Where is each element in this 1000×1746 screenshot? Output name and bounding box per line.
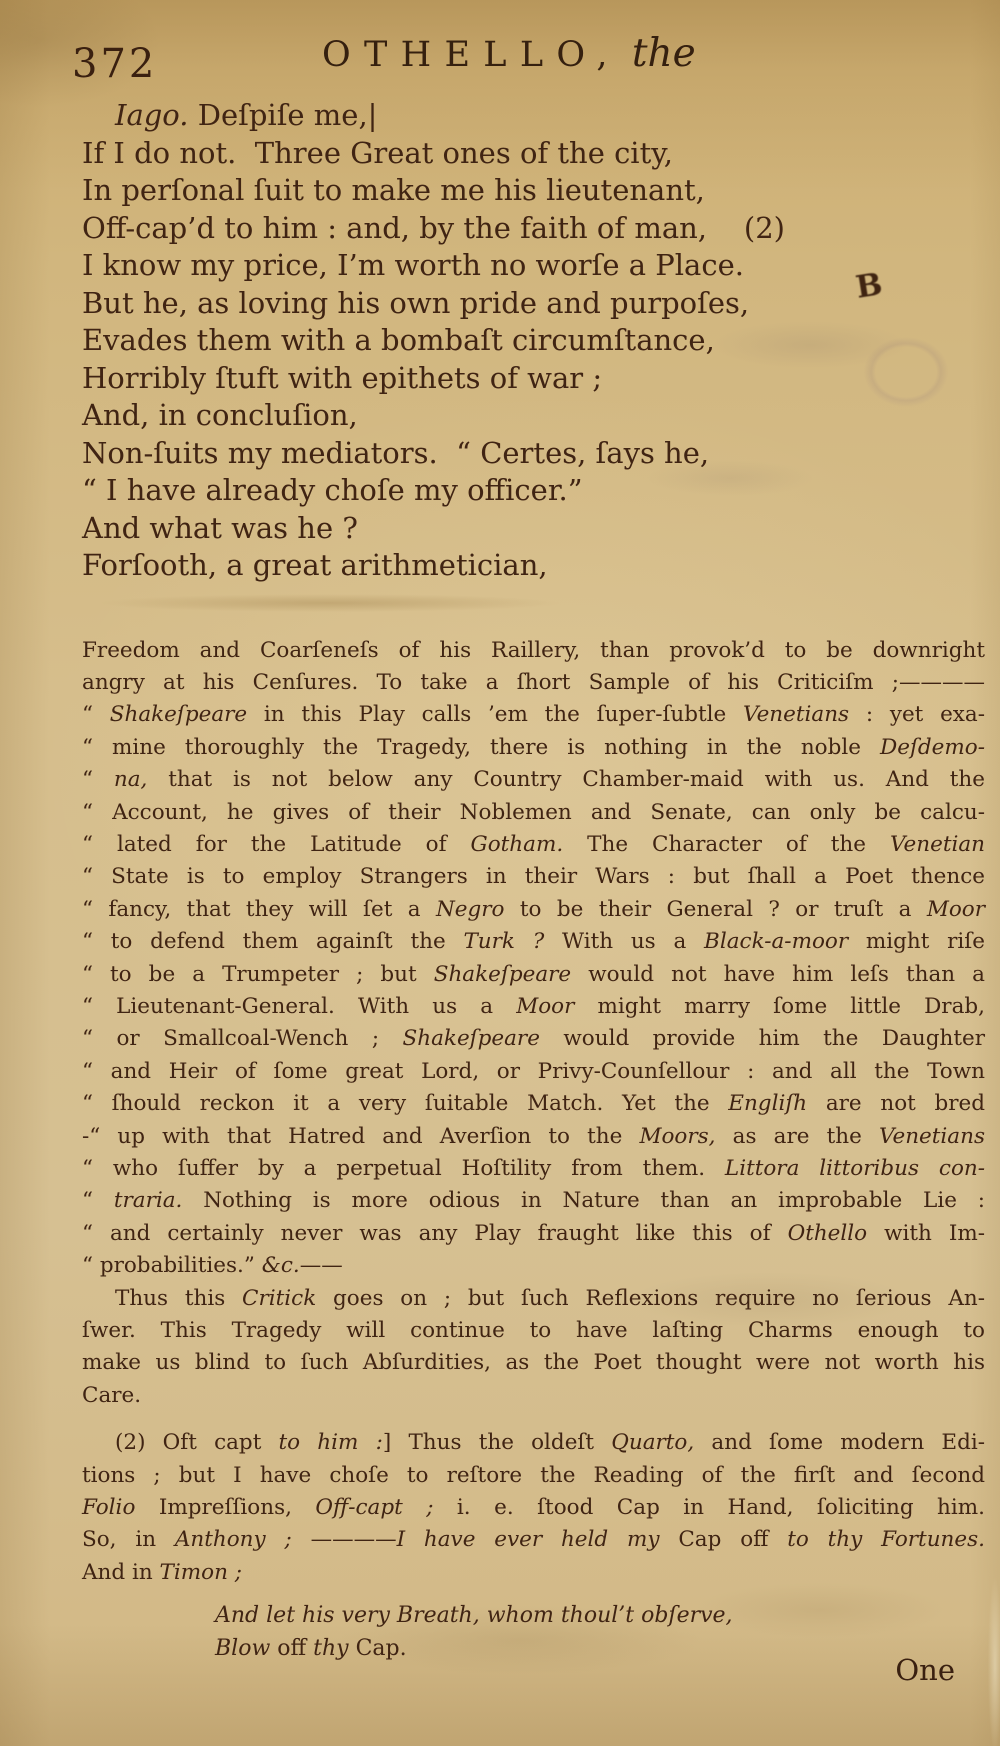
text-line: “ mine thoroughly the Tragedy, there is …: [82, 732, 985, 764]
text-line: “ to be a Trumpeter ; but Shakeſpeare wo…: [82, 959, 985, 991]
text-line: And what was he ?: [82, 510, 985, 548]
text-line: Folio Impreſſions, Off-capt ; i. e. ſtoo…: [82, 1492, 985, 1524]
text-segment: “ to defend them againſt the: [82, 929, 463, 954]
text-line: ſwer. This Tragedy will continue to have…: [82, 1315, 985, 1347]
text-segment: “: [82, 767, 114, 792]
text-segment: Nothing is more odious in Nature than an…: [182, 1188, 985, 1213]
italic-text-segment: Othello: [788, 1221, 868, 1246]
italic-text-segment: Littora littoribus con-: [725, 1156, 985, 1181]
text-segment: are not bred: [807, 1091, 985, 1116]
text-segment: “ and Heir of ſome great Lord, or Privy-…: [82, 1059, 985, 1084]
text-segment: ————: [292, 1527, 397, 1552]
italic-text-segment: Gotham.: [471, 832, 564, 857]
text-segment: And what was he ?: [82, 511, 358, 545]
italic-text-segment: Iago.: [115, 98, 188, 132]
text-line: “ Lieutenant-General. With us a Moor mig…: [82, 991, 985, 1023]
text-line: Care.: [82, 1380, 985, 1412]
text-line: “ or Smallcoal-Wench ; Shakeſpeare would…: [82, 1023, 985, 1055]
page-number: 372: [72, 41, 157, 87]
text-line: I know my price, I’m worth no worſe a Pl…: [82, 247, 985, 285]
text-segment: tions ; but I have choſe to reſtore the …: [82, 1463, 985, 1488]
italic-text-segment: na,: [114, 767, 148, 792]
italic-text-segment: Venetians: [743, 702, 849, 727]
text-segment: would provide him the Daughter: [540, 1026, 985, 1051]
text-segment: “ Lieutenant-General. With us a: [82, 994, 516, 1019]
text-segment: “ fancy, that they will ſet a: [82, 897, 436, 922]
text-segment: would not have him leſs than a: [571, 962, 985, 987]
text-segment: Evades them with a bombaſt circumſtance,: [82, 323, 715, 357]
text-line: And, in concluſion,: [82, 397, 985, 435]
text-segment: with Im-: [867, 1221, 985, 1246]
text-line: Off-cap’d to him : and, by the faith of …: [82, 210, 985, 248]
text-line: tions ; but I have choſe to reſtore the …: [82, 1460, 985, 1492]
text-segment: might riſe: [848, 929, 985, 954]
text-segment: “ or Smallcoal-Wench ;: [82, 1026, 403, 1051]
commentary-note: Freedom and Coarſeneſs of his Raillery, …: [82, 635, 985, 1413]
italic-text-segment: Blow: [215, 1636, 270, 1661]
text-segment: Impreſſions,: [135, 1495, 315, 1520]
text-segment: Care.: [82, 1383, 141, 1408]
text-segment: “ to be a Trumpeter ; but: [82, 962, 434, 987]
italic-text-segment: Moors,: [639, 1124, 715, 1149]
italic-text-segment: Turk ?: [463, 929, 544, 954]
running-title-italic: the: [632, 31, 696, 76]
italic-text-segment: Off-capt ;: [315, 1495, 433, 1520]
italic-text-segment: I have ever held my: [397, 1527, 660, 1552]
text-line: And in Timon ;: [82, 1557, 985, 1589]
text-line: “ traria. Nothing is more odious in Natu…: [82, 1185, 985, 1217]
text-segment: I know my price, I’m worth no worſe a Pl…: [82, 248, 744, 282]
text-line: So, in Anthony ; ————I have ever held my…: [82, 1524, 985, 1556]
running-title-caps: OTHELLO,: [322, 35, 621, 75]
press-figure-ink-blot: B: [853, 266, 885, 306]
italic-text-segment: Anthony ;: [175, 1527, 292, 1552]
italic-text-segment: Black-a-moor: [704, 929, 848, 954]
text-segment: With us a: [544, 929, 704, 954]
text-segment: Freedom and Coarſeneſs of his Raillery, …: [82, 638, 985, 663]
text-segment: If I do not. Three Great ones of the cit…: [82, 136, 673, 170]
text-segment: “: [82, 702, 110, 727]
italic-text-segment: And let his very Breath, whom thoul’t ob…: [215, 1603, 733, 1628]
text-segment: Non-ſuits my mediators. “ Certes, ſays h…: [82, 436, 709, 470]
text-line: Evades them with a bombaſt circumſtance,: [82, 322, 985, 360]
text-segment: Deſpiſe me,|: [188, 98, 377, 132]
italic-text-segment: &c.: [262, 1253, 300, 1278]
text-line: But he, as loving his own pride and purp…: [82, 285, 985, 323]
text-line: make us blind to ſuch Abſurdities, as th…: [82, 1347, 985, 1379]
text-line: “ probabilities.” &c.——: [82, 1250, 985, 1282]
text-segment: The Character of the: [563, 832, 890, 857]
italic-text-segment: Negro: [436, 897, 505, 922]
text-line: “ to defend them againſt the Turk ? With…: [82, 926, 985, 958]
text-segment: ſwer. This Tragedy will continue to have…: [82, 1318, 985, 1343]
text-line: Freedom and Coarſeneſs of his Raillery, …: [82, 635, 985, 667]
text-segment: : yet exa-: [849, 702, 985, 727]
italic-text-segment: Quarto,: [611, 1430, 694, 1455]
text-line: “ Account, he gives of their Noblemen an…: [82, 797, 985, 829]
text-line: Non-ſuits my mediators. “ Certes, ſays h…: [82, 435, 985, 473]
book-page: 372 OTHELLO, the Iago. Deſpiſe me,|If I …: [0, 0, 1000, 1687]
text-segment: ] Thus the oldeſt: [383, 1430, 611, 1455]
text-segment: Cap off: [660, 1527, 788, 1552]
text-segment: “ mine thoroughly the Tragedy, there is …: [82, 735, 880, 760]
text-line: If I do not. Three Great ones of the cit…: [82, 135, 985, 173]
text-line: “ and certainly never was any Play fraug…: [82, 1218, 985, 1250]
italic-text-segment: Folio: [82, 1495, 135, 1520]
text-segment: “ I have already choſe my officer.”: [82, 473, 583, 507]
italic-text-segment: traria.: [114, 1188, 183, 1213]
play-text: Iago. Deſpiſe me,|If I do not. Three Gre…: [82, 97, 985, 585]
italic-text-segment: Deſdemo-: [880, 735, 985, 760]
text-segment: Off-cap’d to him : and, by the faith of …: [82, 211, 785, 245]
text-segment: So, in: [82, 1527, 175, 1552]
italic-text-segment: to thy Fortunes.: [787, 1527, 985, 1552]
italic-text-segment: Timon ;: [160, 1560, 242, 1585]
text-segment: to be their General ? or truſt a: [505, 897, 927, 922]
italic-text-segment: Moor: [516, 994, 574, 1019]
text-segment: “ probabilities.”: [82, 1253, 262, 1278]
italic-text-segment: Shakeſpeare: [110, 702, 247, 727]
italic-text-segment: Venetian: [890, 832, 985, 857]
text-segment: i. e. ſtood Cap in Hand, ſoliciting him.: [433, 1495, 985, 1520]
text-segment: goes on ; but ſuch Reflexions require no…: [316, 1286, 985, 1311]
text-line: “ and Heir of ſome great Lord, or Privy-…: [82, 1056, 985, 1088]
text-line: Iago. Deſpiſe me,|: [82, 97, 985, 135]
page-header: 372 OTHELLO, the: [82, 25, 985, 97]
text-segment: Cap.: [349, 1636, 407, 1661]
italic-text-segment: Shakeſpeare: [434, 962, 571, 987]
text-segment: And in: [82, 1560, 160, 1585]
italic-text-segment: Moor: [927, 897, 985, 922]
running-title: OTHELLO, the: [322, 31, 696, 76]
text-segment: “ and certainly never was any Play fraug…: [82, 1221, 788, 1246]
text-line: Forſooth, a great arithmetician,: [82, 547, 985, 585]
text-segment: “ lated for the Latitude of: [82, 832, 471, 857]
text-line: angry at his Cenſures. To take a ſhort S…: [82, 667, 985, 699]
text-line: “ ſhould reckon it a very ſuitable Match…: [82, 1088, 985, 1120]
italic-text-segment: Critick: [242, 1286, 316, 1311]
italic-text-segment: thy: [313, 1636, 348, 1661]
text-line: “ State is to employ Strangers in their …: [82, 861, 985, 893]
text-line: “ na, that is not below any Country Cham…: [82, 764, 985, 796]
italic-text-segment: Engliſh: [728, 1091, 807, 1116]
italic-text-segment: to him :: [279, 1430, 383, 1455]
text-segment: and ſome modern Edi-: [694, 1430, 985, 1455]
text-line: “ lated for the Latitude of Gotham. The …: [82, 829, 985, 861]
text-line: (2) Oft capt to him :] Thus the oldeſt Q…: [82, 1427, 985, 1459]
text-segment: And, in concluſion,: [82, 398, 358, 432]
text-segment: In perſonal ſuit to make me his lieutena…: [82, 173, 705, 207]
text-segment: But he, as loving his own pride and purp…: [82, 286, 749, 320]
footnote-2: (2) Oft capt to him :] Thus the oldeſt Q…: [82, 1427, 985, 1589]
text-line: -“ up with that Hatred and Averſion to t…: [82, 1121, 985, 1153]
text-segment: that is not below any Country Chamber-ma…: [147, 767, 985, 792]
text-line: Thus this Critick goes on ; but ſuch Ref…: [82, 1283, 985, 1315]
text-segment: angry at his Cenſures. To take a ſhort S…: [82, 670, 985, 695]
text-segment: Horribly ſtuft with epithets of war ;: [82, 361, 602, 395]
text-line: In perſonal ſuit to make me his lieutena…: [82, 172, 985, 210]
text-line: “ who ſuffer by a perpetual Hoſtility fr…: [82, 1153, 985, 1185]
text-segment: Thus this: [115, 1286, 242, 1311]
text-segment: Forſooth, a great arithmetician,: [82, 548, 548, 582]
italic-text-segment: Shakeſpeare: [403, 1026, 540, 1051]
italic-text-segment: Venetians: [879, 1124, 985, 1149]
text-line: And let his very Breath, whom thoul’t ob…: [215, 1599, 985, 1632]
text-segment: off: [270, 1636, 313, 1661]
text-segment: in this Play calls ’em the ſuper-ſubtle: [247, 702, 743, 727]
text-segment: make us blind to ſuch Abſurdities, as th…: [82, 1350, 985, 1375]
text-line: Horribly ſtuft with epithets of war ;: [82, 360, 985, 398]
text-segment: “ who ſuffer by a perpetual Hoſtility fr…: [82, 1156, 725, 1181]
text-segment: ——: [300, 1253, 343, 1278]
text-segment: “ Account, he gives of their Noblemen an…: [82, 800, 985, 825]
text-segment: (2) Oft capt: [115, 1430, 279, 1455]
text-segment: as are the: [716, 1124, 879, 1149]
text-line: “ I have already choſe my officer.”: [82, 472, 985, 510]
text-segment: might marry ſome little Drab,: [574, 994, 985, 1019]
text-segment: -“ up with that Hatred and Averſion to t…: [82, 1124, 639, 1149]
text-line: “ fancy, that they will ſet a Negro to b…: [82, 894, 985, 926]
text-segment: “ State is to employ Strangers in their …: [82, 864, 985, 889]
text-segment: “ ſhould reckon it a very ſuitable Match…: [82, 1091, 728, 1116]
text-line: “ Shakeſpeare in this Play calls ’em the…: [82, 699, 985, 731]
text-segment: “: [82, 1188, 114, 1213]
